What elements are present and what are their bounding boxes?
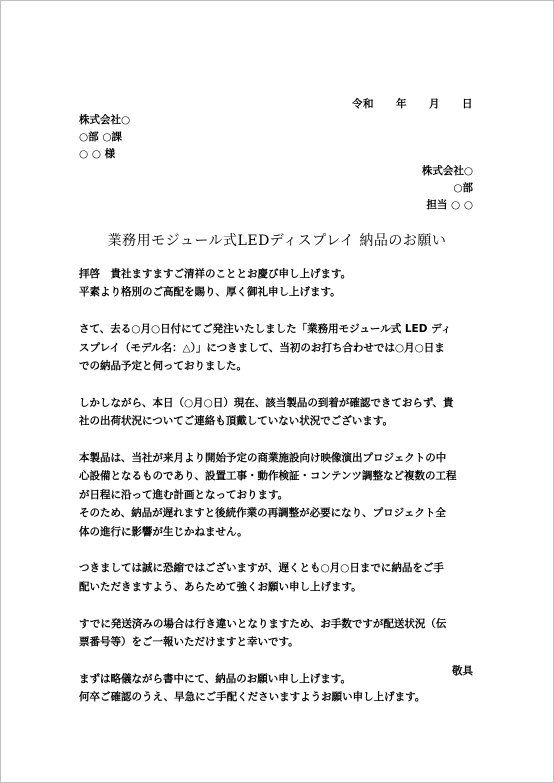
paragraph-closing-request: まずは略儀ながら書中にて、納品のお願い申し上げます。 何卒ご確認のうえ、早急にご… <box>79 670 477 707</box>
body-line: まずは略儀ながら書中にて、納品のお願い申し上げます。 <box>79 670 477 688</box>
recipient-company: 株式会社○ <box>79 112 130 129</box>
paragraph-current-status: しかしながら、本日（○月○日）現在、該当製品の到着が確認できておらず、貴 社の出… <box>79 394 477 431</box>
body-line: 心設備となるものであり、設置工事・動作検証・コンテンツ調整など複数の工程 <box>79 467 477 485</box>
paragraph-order-details: さて、去る○月○日付にてご発注いたしました「業務用モジュール式 LED ディ ス… <box>79 320 477 375</box>
body-line: 配いただきますよう、あらためて強くお願い申し上げます。 <box>79 578 477 596</box>
sender-block: 株式会社○ ○部 担当 ○ ○ <box>422 163 473 214</box>
recipient-block: 株式会社○ ○部 ○課 ○ ○ 様 <box>79 112 130 163</box>
body-line: すでに発送済みの場合は行き違いとなりますため、お手数ですが配送状況（伝 <box>79 615 477 633</box>
paragraph-request: つきましては誠に恐縮ではございますが、遅くとも○月○日までに納品をご手 配いただ… <box>79 559 477 596</box>
body-line: 平素より格別のご高配を賜り、厚く御礼申し上げます。 <box>79 283 477 301</box>
date-day-label: 日 <box>462 96 473 111</box>
date-year-label: 年 <box>396 96 407 111</box>
sender-department: ○部 <box>422 180 473 197</box>
body-line: 体の進行に影響が生じかねません。 <box>79 523 477 541</box>
body-line: での納品予定と伺っておりました。 <box>79 357 477 375</box>
body-line: そのため、納品が遅れますと後続作業の再調整が必要になり、プロジェクト全 <box>79 504 477 522</box>
closing-salutation: 敬具 <box>452 663 473 678</box>
body-line: 拝啓 貴社ますますご清祥のこととお慶び申し上げます。 <box>79 265 477 283</box>
body-line: つきましては誠に恐縮ではございますが、遅くとも○月○日までに納品をご手 <box>79 559 477 577</box>
document-title: 業務用モジュール式LEDディスプレイ 納品のお願い <box>1 230 553 250</box>
recipient-department: ○部 ○課 <box>79 129 130 146</box>
recipient-name: ○ ○ 様 <box>79 146 130 163</box>
body-line: が日程に沿って進む計画となっております。 <box>79 486 477 504</box>
sender-person: 担当 ○ ○ <box>422 197 473 214</box>
document-page: 令和年月日 株式会社○ ○部 ○課 ○ ○ 様 株式会社○ ○部 担当 ○ ○ … <box>0 0 554 783</box>
paragraph-greeting: 拝啓 貴社ますますご清祥のこととお慶び申し上げます。 平素より格別のご高配を賜り… <box>79 265 477 302</box>
letter-body: 拝啓 貴社ますますご清祥のこととお慶び申し上げます。 平素より格別のご高配を賜り… <box>79 265 477 707</box>
date-month-label: 月 <box>429 96 440 111</box>
date-line: 令和年月日 <box>352 96 473 111</box>
body-line: しかしながら、本日（○月○日）現在、該当製品の到着が確認できておらず、貴 <box>79 394 477 412</box>
paragraph-shipping-status: すでに発送済みの場合は行き違いとなりますため、お手数ですが配送状況（伝 票番号等… <box>79 615 477 652</box>
body-line: 社の出荷状況についてご連絡も頂戴していない状況でございます。 <box>79 412 477 430</box>
body-line: 何卒ご確認のうえ、早急にご手配くださいますようお願い申し上げます。 <box>79 688 477 706</box>
body-line: さて、去る○月○日付にてご発注いたしました「業務用モジュール式 LED ディ <box>79 320 477 338</box>
body-line: 票番号等）をご一報いただけますと幸いです。 <box>79 633 477 651</box>
body-line: 本製品は、当社が来月より開始予定の商業施設向け映像演出プロジェクトの中 <box>79 449 477 467</box>
sender-company: 株式会社○ <box>422 163 473 180</box>
body-line: スプレイ（モデル名：△）」につきまして、当初のお打ち合わせでは○月○日ま <box>79 339 477 357</box>
date-era: 令和 <box>352 96 374 111</box>
paragraph-project-impact: 本製品は、当社が来月より開始予定の商業施設向け映像演出プロジェクトの中 心設備と… <box>79 449 477 541</box>
